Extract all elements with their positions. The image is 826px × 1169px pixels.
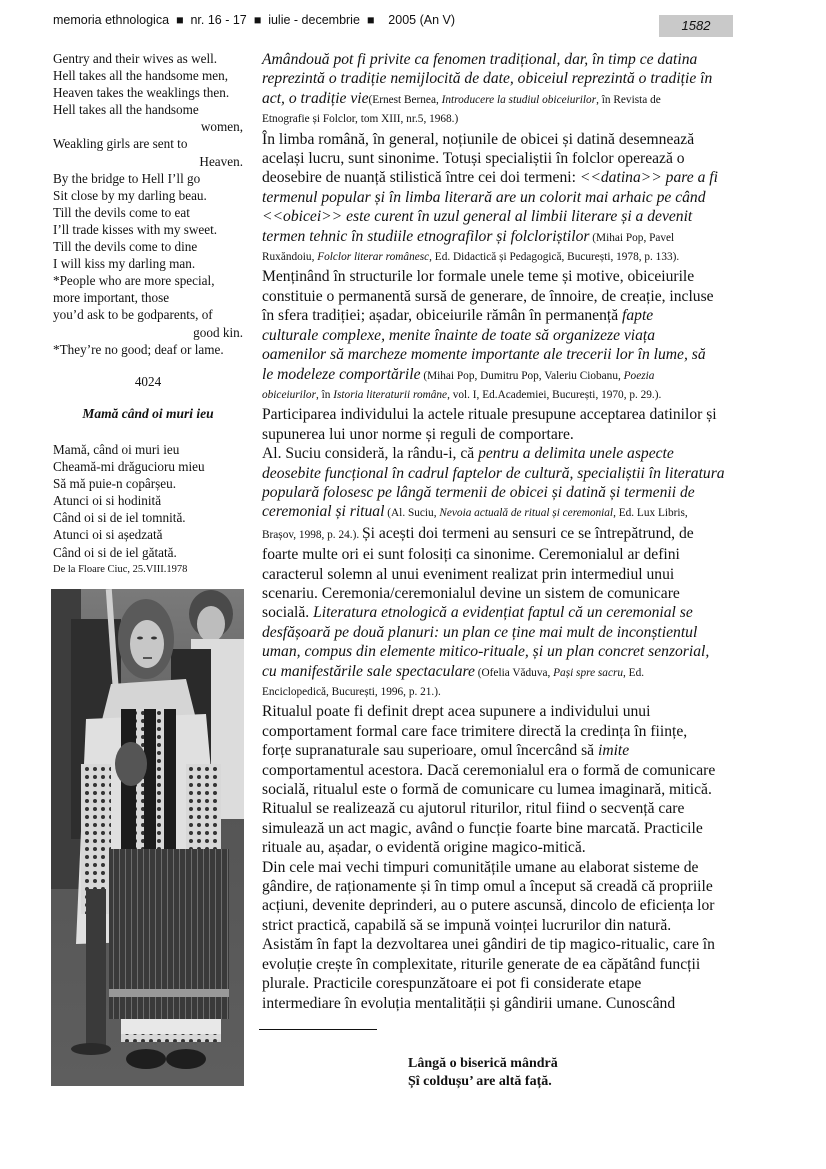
quote-line: oamenilor să marcheze momente importante… <box>262 345 737 364</box>
paragraph-line: socială. <box>262 604 313 621</box>
poem-line: Hell takes all the handsome men, <box>53 67 243 84</box>
poem-line: Atunci oi si hodinită <box>53 492 243 509</box>
paragraph-line: Menținând în structurile lor formale une… <box>262 267 737 286</box>
citation-title: Pași spre sacru <box>553 667 623 679</box>
paragraph-line: scenariu. Ceremonia/ceremonialul devine … <box>262 584 737 603</box>
citation: , în Revista de <box>596 94 661 106</box>
citation: Etnografie și Folclor, tom XIII, nr.5, 1… <box>262 110 737 129</box>
poem-line: Atunci oi si aședzată <box>53 526 243 543</box>
paragraph-line: rituale au, așadar, o evidentă origine m… <box>262 838 737 857</box>
quote-line: populară folosesc pe lângă termenii de o… <box>262 483 737 502</box>
citation-title: Folclor literar românesc <box>317 251 429 263</box>
citation: , Ed. Lux Libris, <box>613 507 688 519</box>
citation: (Al. Suciu, <box>384 507 439 519</box>
citation-title: Poezia <box>624 370 655 382</box>
citation-title: Istoria literaturii române <box>333 389 447 401</box>
paragraph-line: Ritualul se realizează cu ajutorul ritur… <box>262 799 737 818</box>
poem-line: Sit close by my darling beau. <box>53 187 243 204</box>
photo-illustration <box>51 589 244 1086</box>
poem-line: *They’re no good; deaf or lame. <box>53 341 243 358</box>
poem-line: Heaven. <box>53 153 243 170</box>
paragraph-line: evoluție crește în complexitate, rituril… <box>262 955 737 974</box>
poem-line: Weakling girls are sent to <box>53 135 243 152</box>
citation: , Ed. Didactică și Pedagogică, București… <box>429 251 679 263</box>
paragraph-line: gândire, de raționamente și în timp omul… <box>262 877 737 896</box>
poem-line: Când oi si de iel gătată. <box>53 544 243 561</box>
running-header: memoria ethnologica ■ nr. 16 - 17 ■ iuli… <box>53 13 455 27</box>
paragraph-line: acțiuni, devenite deprinderi, au o puter… <box>262 896 737 915</box>
citation-title: obiceiurilor <box>262 389 316 401</box>
citation: , vol. I, Ed.Academiei, București, 1970,… <box>447 389 661 401</box>
romanian-poem: Mamă, când oi muri ieu Cheamă-mi drăguci… <box>53 441 243 578</box>
quote-line: pentru a delimita unele aspecte <box>478 445 674 462</box>
citation-title: Nevoia actuală de ritual și ceremonial <box>439 507 613 519</box>
paragraph-line: plurale. Practicile corespunzătoare ei p… <box>262 974 737 993</box>
paragraph-line: Din cele mai vechi timpuri comunitățile … <box>262 858 737 877</box>
quote-line: ceremonial și ritual <box>262 503 384 520</box>
quote-line: termen tehnic în studiile etnografilor ș… <box>262 228 589 245</box>
emphasis: imite <box>598 742 629 759</box>
paragraph-line: Al. Suciu consideră, la rându-i, că <box>262 445 478 462</box>
footnote-divider <box>259 1029 377 1030</box>
folk-costume-photo <box>51 589 244 1086</box>
poem-line: By the bridge to Hell I’ll go <box>53 170 243 187</box>
poem-line: Till the devils come to dine <box>53 238 243 255</box>
citation: Brașov, 1998, p. 24.). <box>262 529 362 541</box>
paragraph-line: foarte multe ori ei sunt folosiți ca sin… <box>262 545 737 564</box>
quote-line: reprezintă o tradiție nemijlocită de dat… <box>262 69 737 88</box>
quote-line: termenul popular și în limba literară ar… <box>262 188 737 207</box>
poem-line: Când oi si de iel tomnită. <box>53 509 243 526</box>
poem-source: De la Floare Ciuc, 25.VIII.1978 <box>53 561 243 578</box>
paragraph-line: În limba română, în general, noțiunile d… <box>262 130 737 149</box>
citation: , în <box>316 389 333 401</box>
footnote-line: Șî coldușu’ are altă față. <box>408 1073 558 1091</box>
paragraph-line: Asistăm în fapt la dezvoltarea unei gând… <box>262 935 737 954</box>
quote-line: uman, compus din elemente mitico-rituale… <box>262 642 737 661</box>
poem-line: women, <box>53 118 243 135</box>
poem-line: Heaven takes the weaklings then. <box>53 84 243 101</box>
poem-line: Hell takes all the handsome <box>53 101 243 118</box>
article-body: Amândouă pot fi privite ca fenomen tradi… <box>262 50 737 1013</box>
quote-line: culturale complexe, menite înainte de to… <box>262 326 737 345</box>
quote-line: Amândouă pot fi privite ca fenomen tradi… <box>262 50 737 69</box>
quote-line: fapte <box>622 307 653 324</box>
citation-title: Introducere la studiul obiceiurilor <box>442 94 596 106</box>
quote-line: cu manifestările sale spectaculare <box>262 663 475 680</box>
citation: (Mihai Pop, Pavel <box>589 232 674 244</box>
citation: Ruxăndoiu, <box>262 251 317 263</box>
poem-line: Till the devils come to eat <box>53 204 243 221</box>
quote-line: act, o tradiție vie <box>262 90 369 107</box>
poem-line: you’d ask to be godparents, of <box>53 306 243 323</box>
quote-line: desfășoară pe două planuri: un plan ce ț… <box>262 623 737 642</box>
paragraph-line: simulează un act magic, având o funcție … <box>262 819 737 838</box>
paragraph-line: comportament formal care face trimitere … <box>262 722 737 741</box>
citation: , Ed. <box>623 667 644 679</box>
poem-line: good kin. <box>53 324 243 341</box>
paragraph-line: același lucru, sunt sinonime. Totuși spe… <box>262 149 737 168</box>
paragraph-line: Participarea individului la actele ritua… <box>262 405 737 424</box>
poem-line: *People who are more special, <box>53 272 243 289</box>
paragraph-line: constituie o permanentă sursă de generar… <box>262 287 737 306</box>
quote-line: le modeleze comportările <box>262 366 421 383</box>
poem-line: Să mă puie-n copârșeu. <box>53 475 243 492</box>
paragraph-line: în sfera tradiției; așadar, obiceiurile … <box>262 307 622 324</box>
paragraph-line: strict practică, capabilă să se impună v… <box>262 916 737 935</box>
paragraph-line: caracterul solemn al unui eveniment real… <box>262 565 737 584</box>
english-poem: Gentry and their wives as well. Hell tak… <box>53 50 243 358</box>
citation: (Mihai Pop, Dumitru Pop, Valeriu Ciobanu… <box>421 370 624 382</box>
poem-line: Mamă, când oi muri ieu <box>53 441 243 458</box>
poem-line: more important, those <box>53 289 243 306</box>
paragraph-line: intermediare în evoluția mentalității și… <box>262 994 737 1013</box>
paragraph-line: supunerea lui unor norme și reguli de co… <box>262 425 737 444</box>
quote-line: <<obicei>> este curent în uzul general a… <box>262 207 737 226</box>
poem-line: I will kiss my darling man. <box>53 255 243 272</box>
poem-title: Mamă când oi muri ieu <box>53 406 243 422</box>
paragraph-line: socială, ritualul este o formă de comuni… <box>262 780 737 799</box>
poem-line: I’ll trade kisses with my sweet. <box>53 221 243 238</box>
citation: (Ernest Bernea, <box>369 94 442 106</box>
paragraph-line: Și acești doi termeni au sensuri ce se î… <box>362 525 694 542</box>
paragraph-line: forțe supranaturale sau superioare, omul… <box>262 742 598 759</box>
poem-line: Gentry and their wives as well. <box>53 50 243 67</box>
quote-line: deosebite funcțional în cadrul faptelor … <box>262 464 737 483</box>
quote-line: Literatura etnologică a evidențiat faptu… <box>313 604 693 621</box>
citation: Enciclopedică, București, 1996, p. 21.). <box>262 683 737 702</box>
paragraph-line: comportamentul acestora. Dacă ceremonial… <box>262 761 737 780</box>
citation: (Ofelia Văduva, <box>475 667 553 679</box>
poem-line: Cheamă-mi drăgucioru mieu <box>53 458 243 475</box>
page-number: 1582 <box>659 15 733 37</box>
footnote-line: Lângă o biserică mândră <box>408 1055 558 1073</box>
paragraph-line: Ritualul poate fi definit drept acea sup… <box>262 702 737 721</box>
paragraph-line: deosebire de nuanță stilistică între cei… <box>262 169 580 186</box>
quote-line: <<datina>> pare a fi <box>580 169 718 186</box>
poem-number: 4024 <box>53 374 243 390</box>
footnote-verse: Lângă o biserică mândră Șî coldușu’ are … <box>408 1055 558 1091</box>
